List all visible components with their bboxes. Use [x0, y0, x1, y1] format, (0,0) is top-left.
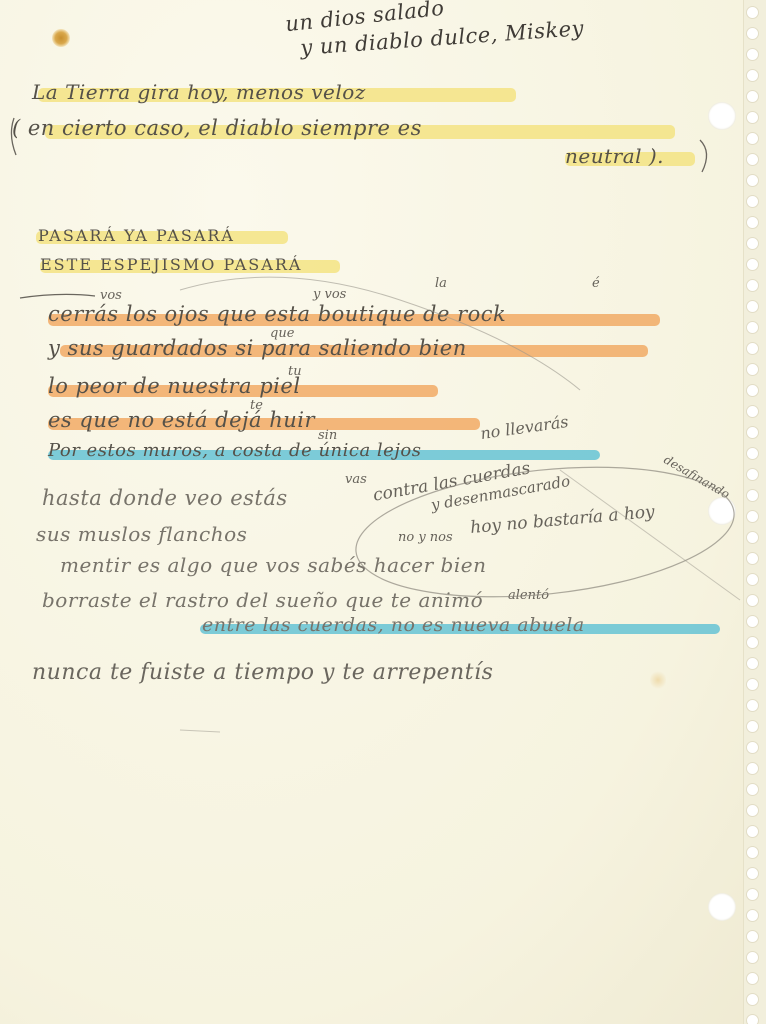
- pencil-marks: [0, 0, 766, 1024]
- notebook-page: un dios salado y un diablo dulce, Miskey…: [0, 0, 766, 1024]
